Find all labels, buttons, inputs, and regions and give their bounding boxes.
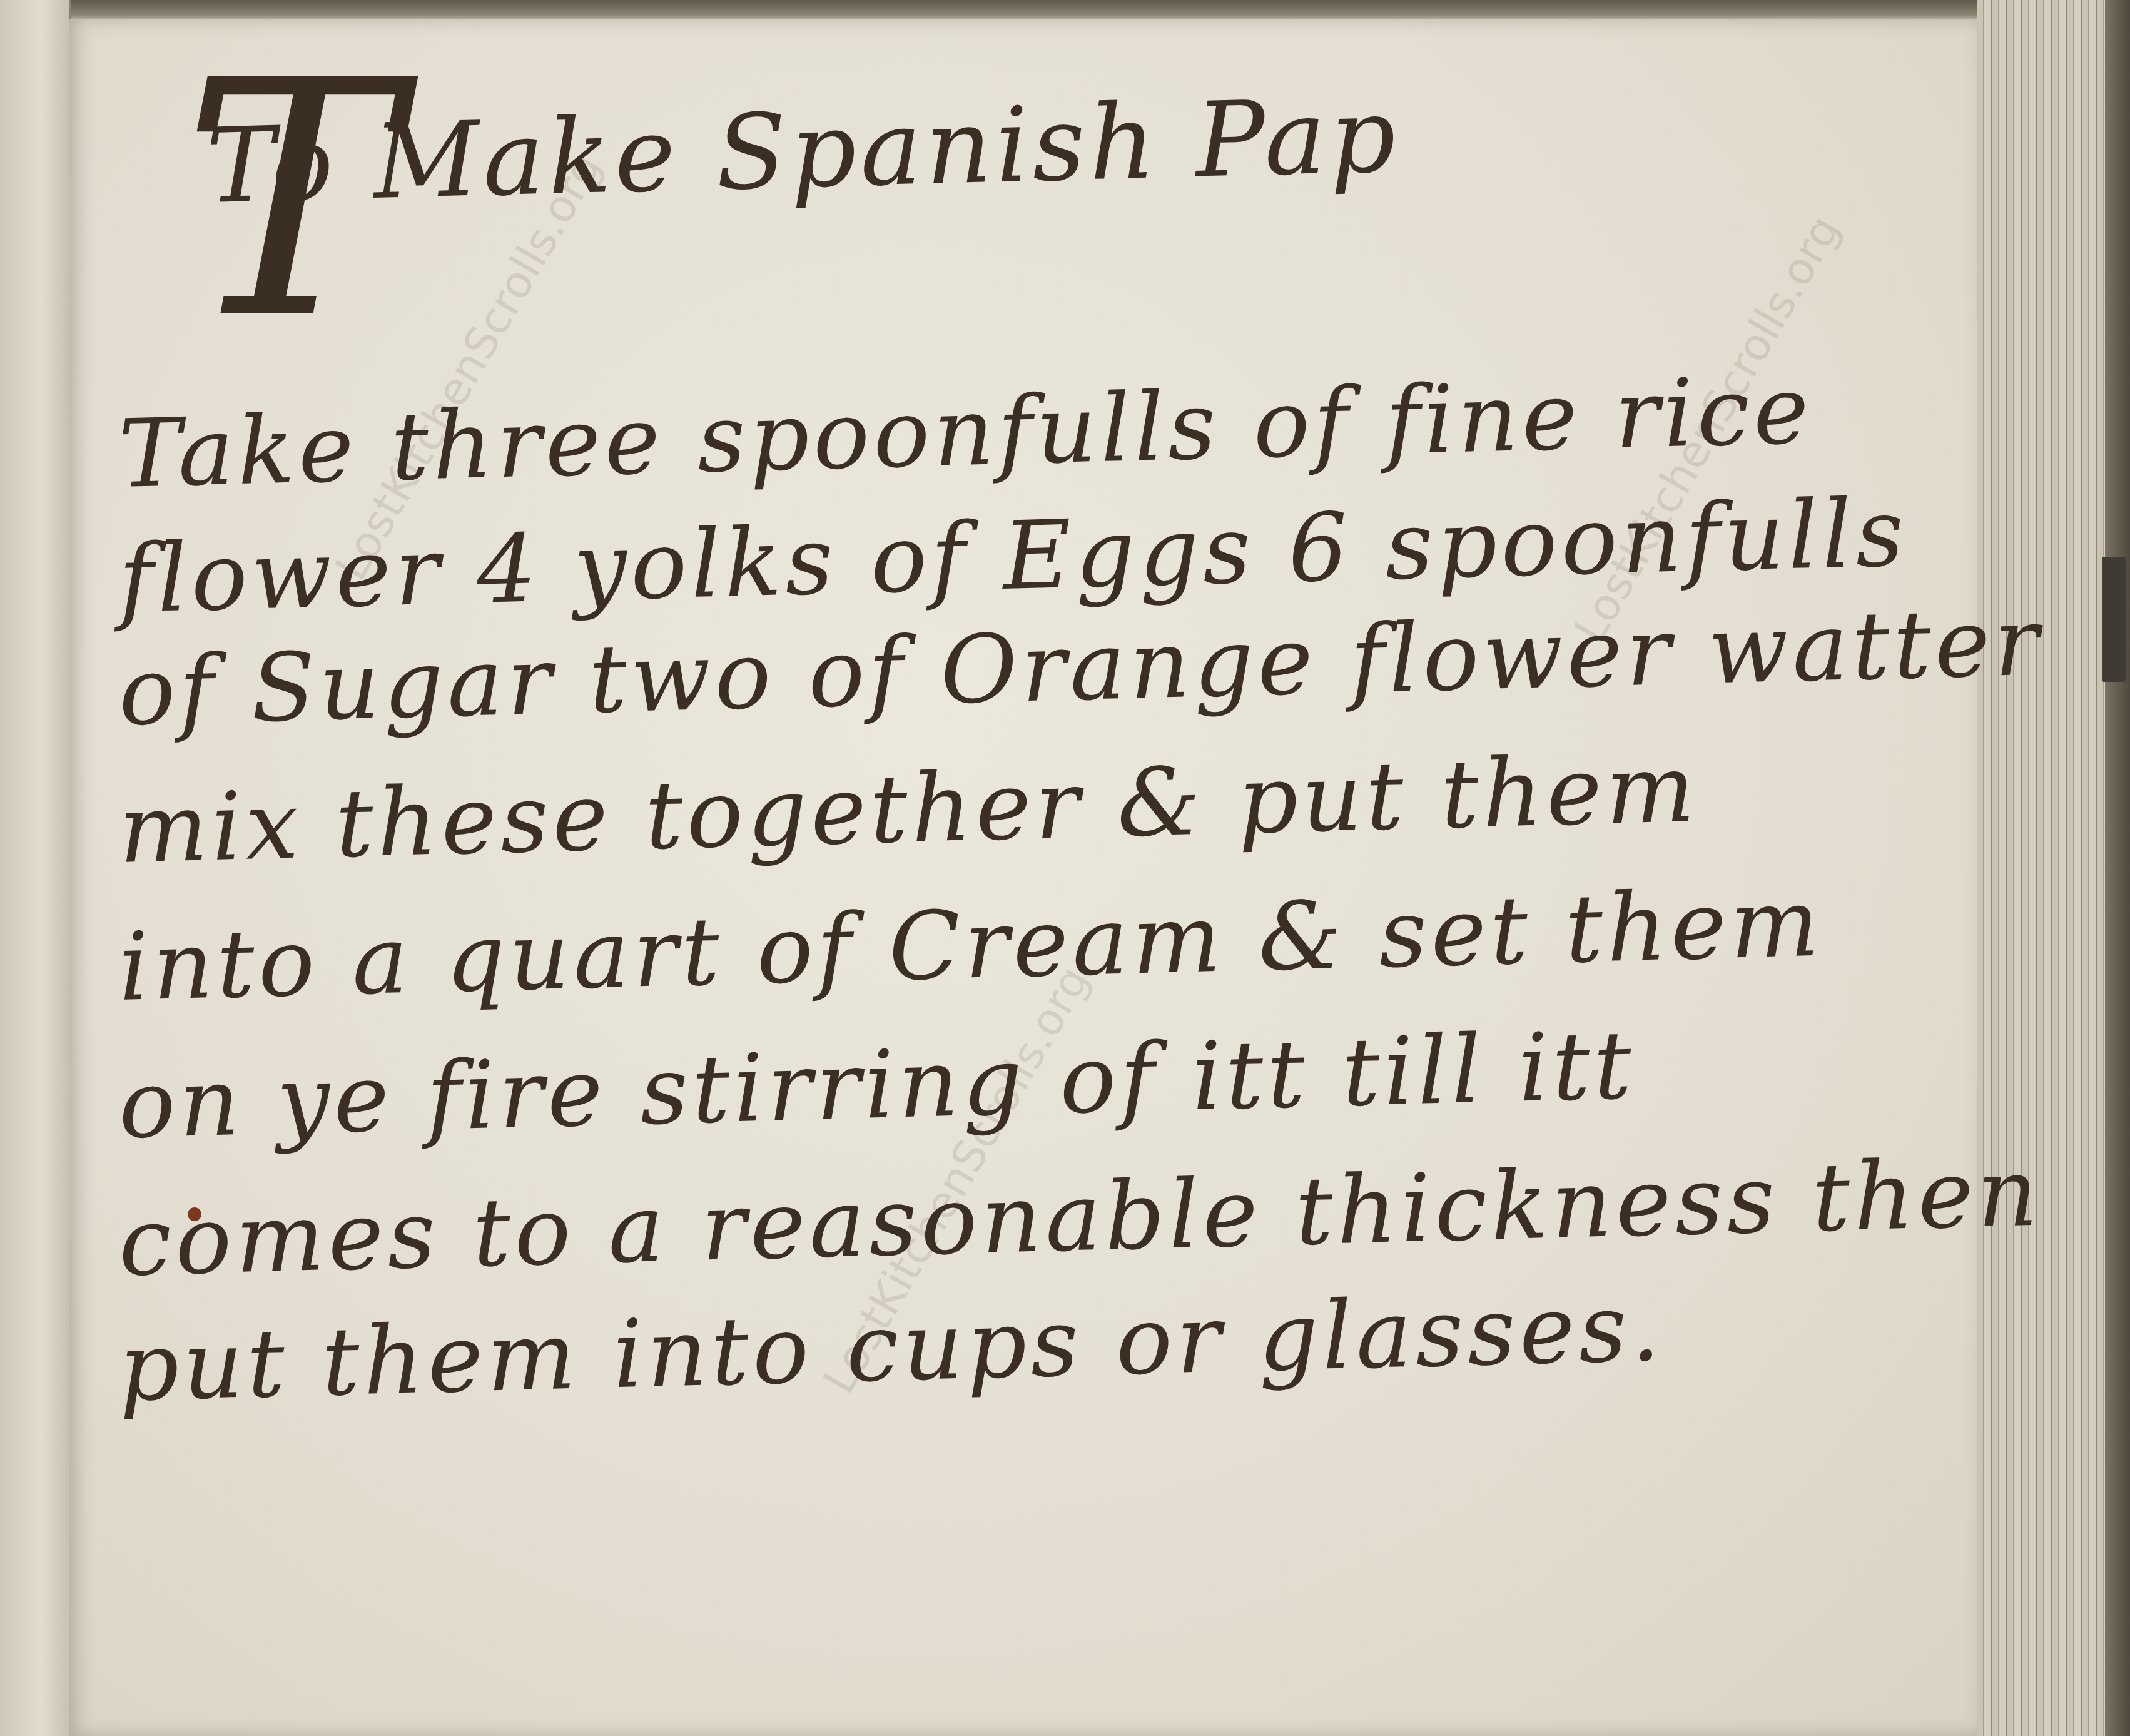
ink-stain	[188, 1207, 201, 1221]
book-clasp	[2102, 557, 2126, 682]
left-page-edge	[0, 0, 71, 1736]
page-stack-edges	[1977, 0, 2130, 1736]
